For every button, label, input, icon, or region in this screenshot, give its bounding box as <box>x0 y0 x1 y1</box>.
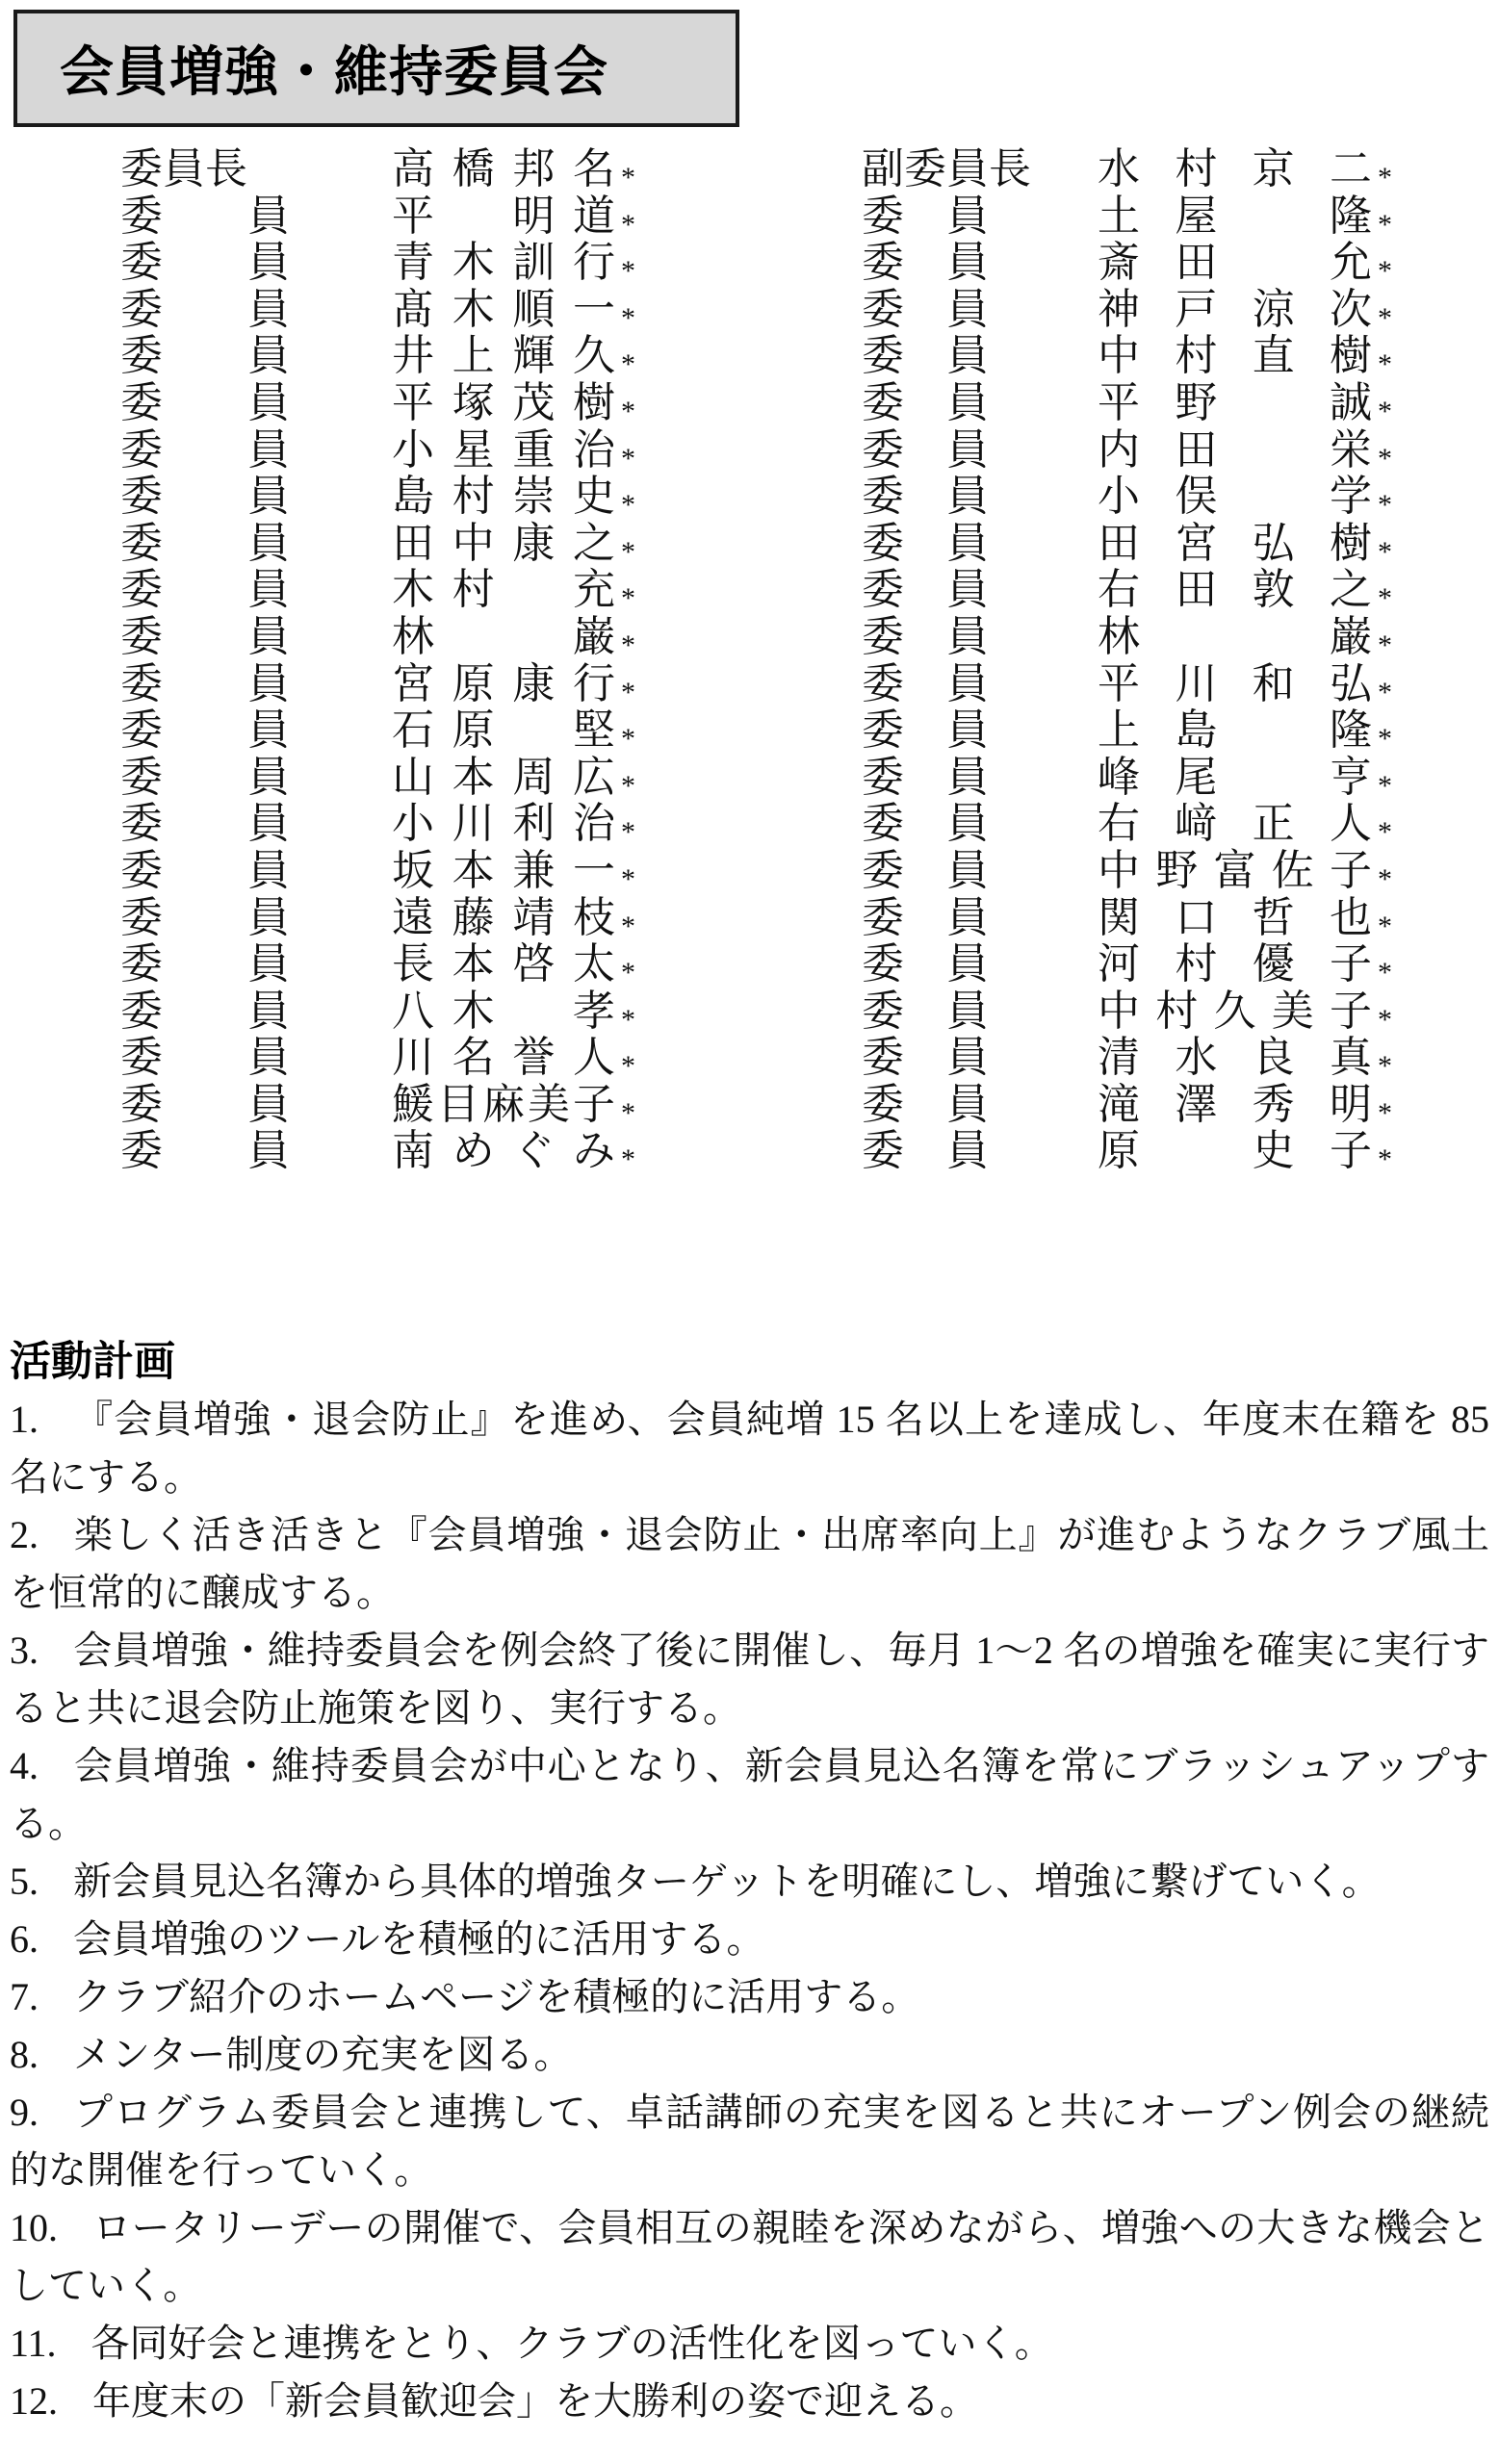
column-gap <box>659 240 862 287</box>
member-name: 土屋 隆 <box>1098 193 1372 241</box>
plan-item-text: ロータリーデーの開催で、会員相互の親睦を深めながら、増強への大きな機会としていく… <box>10 2206 1489 2307</box>
member-role: 委員長 <box>120 146 392 193</box>
column-gap <box>659 988 862 1036</box>
member-star-mark: * <box>1372 529 1415 577</box>
member-name: 遠藤靖枝 <box>392 895 615 942</box>
column-gap <box>659 707 862 755</box>
member-star-mark: * <box>1372 1091 1415 1138</box>
plan-item-text: メンター制度の充実を図る。 <box>73 2033 572 2076</box>
member-star-mark: * <box>615 904 659 951</box>
plan-item-number: 4. <box>10 1744 39 1787</box>
member-row: 委 員島村崇史*委 員小俣 学* <box>0 474 1499 521</box>
member-role: 委 員 <box>862 661 1098 708</box>
member-name: 鰀目麻美子 <box>392 1082 615 1129</box>
column-gap <box>659 755 862 802</box>
column-gap <box>659 661 862 708</box>
member-role: 委 員 <box>862 427 1098 475</box>
member-name: 神戸涼次 <box>1098 287 1372 334</box>
member-star-mark: * <box>1372 857 1415 904</box>
member-role: 委 員 <box>862 895 1098 942</box>
member-row: 委 員遠藤靖枝*委 員関口哲也* <box>0 895 1499 942</box>
member-role: 委 員 <box>862 1082 1098 1129</box>
column-gap <box>659 193 862 241</box>
member-row: 委 員川名誉人*委 員清水良真* <box>0 1035 1499 1082</box>
plan-item-number: 12. <box>10 2379 58 2423</box>
member-star-mark: * <box>1372 763 1415 810</box>
member-row: 委 員髙木順一*委 員神戸涼次* <box>0 287 1499 334</box>
member-role: 委 員 <box>120 287 392 334</box>
plan-item-text: 会員増強のツールを積極的に活用する。 <box>73 1917 764 1961</box>
column-gap <box>659 1035 862 1082</box>
member-role: 委 員 <box>120 193 392 241</box>
member-star-mark: * <box>1372 623 1415 670</box>
plan-item: 1.『会員増強・退会防止』を進め、会員純増 15 名以上を達成し、年度末在籍を … <box>10 1391 1489 1506</box>
member-role: 委 員 <box>120 1082 392 1129</box>
member-star-mark: * <box>615 1137 659 1184</box>
member-role: 委 員 <box>120 614 392 661</box>
member-star-mark: * <box>615 670 659 717</box>
member-name: 島村崇史 <box>392 474 615 521</box>
plan-item: 6.会員増強のツールを積極的に活用する。 <box>10 1911 1489 1968</box>
member-star-mark: * <box>615 809 659 857</box>
member-star-mark: * <box>1372 904 1415 951</box>
member-role: 委 員 <box>120 895 392 942</box>
member-name: 田中康之 <box>392 521 615 568</box>
member-name: 関口哲也 <box>1098 895 1372 942</box>
member-name: 山本周広 <box>392 755 615 802</box>
member-role: 委 員 <box>120 521 392 568</box>
plan-item-number: 7. <box>10 1975 39 2018</box>
member-row: 委 員小星重治*委 員内田 栄* <box>0 427 1499 475</box>
plan-item-number: 3. <box>10 1629 39 1672</box>
member-name: 斎田 允 <box>1098 240 1372 287</box>
member-role: 委 員 <box>862 521 1098 568</box>
member-star-mark: * <box>1372 950 1415 997</box>
member-row: 委 員井上輝久*委 員中村直樹* <box>0 333 1499 380</box>
column-gap <box>659 941 862 988</box>
member-role: 委 員 <box>120 941 392 988</box>
member-name: 滝澤秀明 <box>1098 1082 1372 1129</box>
plan-item-number: 5. <box>10 1860 39 1903</box>
member-name: 平塚茂樹 <box>392 380 615 427</box>
member-star-mark: * <box>1372 155 1415 202</box>
member-role: 委 員 <box>120 1128 392 1175</box>
column-gap <box>659 895 862 942</box>
member-role: 委 員 <box>862 287 1098 334</box>
column-gap <box>659 567 862 614</box>
member-role: 委 員 <box>862 707 1098 755</box>
member-star-mark: * <box>1372 1137 1415 1184</box>
plan-item-number: 1. <box>10 1398 39 1441</box>
member-name: 坂本兼一 <box>392 848 615 895</box>
member-name: 原 史子 <box>1098 1128 1372 1175</box>
member-name: 石原 堅 <box>392 707 615 755</box>
member-star-mark: * <box>1372 202 1415 249</box>
member-row: 委 員山本周広*委 員峰尾 亨* <box>0 755 1499 802</box>
member-role: 委 員 <box>862 941 1098 988</box>
member-role: 委 員 <box>120 474 392 521</box>
member-row: 委 員青木訓行*委 員斎田 允* <box>0 240 1499 287</box>
column-gap <box>659 287 862 334</box>
column-gap <box>659 1082 862 1129</box>
member-star-mark: * <box>615 857 659 904</box>
member-star-mark: * <box>615 763 659 810</box>
member-star-mark: * <box>615 997 659 1044</box>
member-row: 委 員田中康之*委 員田宮弘樹* <box>0 521 1499 568</box>
member-star-mark: * <box>615 529 659 577</box>
member-name: 青木訓行 <box>392 240 615 287</box>
member-name: 右田敦之 <box>1098 567 1372 614</box>
plan-item: 5.新会員見込名簿から具体的増強ターゲットを明確にし、増強に繋げていく。 <box>10 1853 1489 1911</box>
plan-item: 4.会員増強・維持委員会が中心となり、新会員見込名簿を常にブラッシュアップする。 <box>10 1737 1489 1853</box>
member-role: 委 員 <box>120 380 392 427</box>
member-star-mark: * <box>1372 436 1415 483</box>
member-role: 委 員 <box>862 567 1098 614</box>
plan-item: 10.ロータリーデーの開催で、会員相互の親睦を深めながら、増強への大きな機会とし… <box>10 2199 1489 2315</box>
member-role: 委 員 <box>120 333 392 380</box>
activity-plan-section: 活動計画 1.『会員増強・退会防止』を進め、会員純増 15 名以上を達成し、年度… <box>10 1333 1489 2430</box>
plan-item: 9.プログラム委員会と連携して、卓話講師の充実を図ると共にオープン例会の継続的な… <box>10 2084 1489 2199</box>
member-name: 南めぐみ <box>392 1128 615 1175</box>
member-star-mark: * <box>1372 389 1415 436</box>
member-row: 委 員林 巌*委 員林 巌* <box>0 614 1499 661</box>
member-name: 水村京二 <box>1098 146 1372 193</box>
member-name: 宮原康行 <box>392 661 615 708</box>
member-role: 委 員 <box>120 1035 392 1082</box>
plan-item-number: 9. <box>10 2091 39 2134</box>
member-role: 委 員 <box>862 240 1098 287</box>
member-star-mark: * <box>615 436 659 483</box>
member-row: 委 員南めぐみ*委 員原 史子* <box>0 1128 1499 1175</box>
plan-item-text: 『会員増強・退会防止』を進め、会員純増 15 名以上を達成し、年度末在籍を 85… <box>10 1398 1489 1499</box>
member-star-mark: * <box>1372 482 1415 529</box>
member-row: 委 員坂本兼一*委 員中野富佐子* <box>0 848 1499 895</box>
member-star-mark: * <box>615 248 659 295</box>
column-gap <box>659 521 862 568</box>
member-name: 木村 充 <box>392 567 615 614</box>
member-role: 委 員 <box>862 1035 1098 1082</box>
member-role: 委 員 <box>862 380 1098 427</box>
member-role: 委 員 <box>120 427 392 475</box>
committee-title: 会員増強・維持委員会 <box>60 30 608 107</box>
member-star-mark: * <box>615 1043 659 1091</box>
member-role: 委 員 <box>862 193 1098 241</box>
member-name: 小川利治 <box>392 801 615 848</box>
member-star-mark: * <box>1372 248 1415 295</box>
column-gap <box>659 146 862 193</box>
plan-item-text: クラブ紹介のホームページを積極的に活用する。 <box>73 1975 919 2018</box>
member-name: 林 巌 <box>1098 614 1372 661</box>
member-role: 委 員 <box>862 848 1098 895</box>
plan-item-number: 11. <box>10 2322 57 2365</box>
member-star-mark: * <box>1372 997 1415 1044</box>
member-role: 委 員 <box>862 755 1098 802</box>
plan-item-text: 新会員見込名簿から具体的増強ターゲットを明確にし、増強に繋げていく。 <box>73 1860 1381 1903</box>
member-row: 委 員石原 堅*委 員上島 隆* <box>0 707 1499 755</box>
member-role: 副委員長 <box>862 146 1098 193</box>
member-star-mark: * <box>615 1091 659 1138</box>
committee-roster: 委員長高橋邦名*副委員長水村京二*委 員平 明道*委 員土屋 隆*委 員青木訓行… <box>0 146 1499 1175</box>
member-name: 八木 孝 <box>392 988 615 1036</box>
member-star-mark: * <box>615 576 659 623</box>
member-role: 委 員 <box>120 240 392 287</box>
member-star-mark: * <box>1372 1043 1415 1091</box>
member-row: 委 員鰀目麻美子*委 員滝澤秀明* <box>0 1082 1499 1129</box>
member-star-mark: * <box>1372 716 1415 763</box>
member-star-mark: * <box>1372 809 1415 857</box>
member-role: 委 員 <box>862 614 1098 661</box>
plan-item-number: 10. <box>10 2206 58 2249</box>
member-name: 平野 誠 <box>1098 380 1372 427</box>
column-gap <box>659 801 862 848</box>
member-name: 清水良真 <box>1098 1035 1372 1082</box>
member-star-mark: * <box>1372 342 1415 389</box>
plan-item-text: 各同好会と連携をとり、クラブの活性化を図っていく。 <box>91 2322 1053 2365</box>
plan-item-number: 8. <box>10 2033 39 2076</box>
member-role: 委 員 <box>120 755 392 802</box>
plan-item: 7.クラブ紹介のホームページを積極的に活用する。 <box>10 1968 1489 2026</box>
member-star-mark: * <box>615 482 659 529</box>
member-name: 井上輝久 <box>392 333 615 380</box>
member-name: 中村久美子 <box>1098 988 1372 1036</box>
member-row: 委 員小川利治*委 員右﨑正人* <box>0 801 1499 848</box>
member-name: 平 明道 <box>392 193 615 241</box>
column-gap <box>659 1128 862 1175</box>
member-star-mark: * <box>615 950 659 997</box>
plan-item-text: 年度末の「新会員歓迎会」を大勝利の姿で迎える。 <box>92 2379 978 2423</box>
plan-item: 8.メンター制度の充実を図る。 <box>10 2026 1489 2084</box>
member-star-mark: * <box>1372 576 1415 623</box>
member-name: 高橋邦名 <box>392 146 615 193</box>
member-name: 長本啓太 <box>392 941 615 988</box>
plan-item: 12.年度末の「新会員歓迎会」を大勝利の姿で迎える。 <box>10 2373 1489 2430</box>
member-role: 委 員 <box>862 1128 1098 1175</box>
member-name: 川名誉人 <box>392 1035 615 1082</box>
member-row: 委 員長本啓太*委 員河村優子* <box>0 941 1499 988</box>
member-role: 委 員 <box>120 988 392 1036</box>
member-star-mark: * <box>1372 295 1415 343</box>
plan-item-text: 会員増強・維持委員会を例会終了後に開催し、毎月 1～2 名の増強を確実に実行する… <box>10 1629 1489 1730</box>
member-name: 中村直樹 <box>1098 333 1372 380</box>
member-name: 小星重治 <box>392 427 615 475</box>
member-row: 委員長高橋邦名*副委員長水村京二* <box>0 146 1499 193</box>
column-gap <box>659 614 862 661</box>
plan-item: 11.各同好会と連携をとり、クラブの活性化を図っていく。 <box>10 2315 1489 2373</box>
plan-item-text: プログラム委員会と連携して、卓話講師の充実を図ると共にオープン例会の継続的な開催… <box>10 2091 1489 2192</box>
member-name: 右﨑正人 <box>1098 801 1372 848</box>
member-row: 委 員木村 充*委 員右田敦之* <box>0 567 1499 614</box>
plan-item-text: 楽しく活き活きと『会員増強・退会防止・出席率向上』が進むようなクラブ風土を恒常的… <box>10 1513 1489 1614</box>
member-name: 小俣 学 <box>1098 474 1372 521</box>
column-gap <box>659 427 862 475</box>
plan-item-text: 会員増強・維持委員会が中心となり、新会員見込名簿を常にブラッシュアップする。 <box>10 1744 1489 1845</box>
plan-item: 3.会員増強・維持委員会を例会終了後に開催し、毎月 1～2 名の増強を確実に実行… <box>10 1622 1489 1737</box>
member-star-mark: * <box>615 389 659 436</box>
member-row: 委 員平 明道*委 員土屋 隆* <box>0 193 1499 241</box>
member-row: 委 員宮原康行*委 員平川和弘* <box>0 661 1499 708</box>
member-star-mark: * <box>615 155 659 202</box>
member-role: 委 員 <box>120 707 392 755</box>
committee-title-box: 会員増強・維持委員会 <box>13 10 739 127</box>
member-row: 委 員平塚茂樹*委 員平野 誠* <box>0 380 1499 427</box>
member-role: 委 員 <box>862 801 1098 848</box>
plan-item-number: 6. <box>10 1917 39 1961</box>
member-role: 委 員 <box>120 661 392 708</box>
activity-plan-items: 1.『会員増強・退会防止』を進め、会員純増 15 名以上を達成し、年度末在籍を … <box>10 1391 1489 2430</box>
activity-plan-heading: 活動計画 <box>10 1333 1489 1391</box>
member-star-mark: * <box>615 295 659 343</box>
member-role: 委 員 <box>120 567 392 614</box>
member-star-mark: * <box>615 202 659 249</box>
member-name: 上島 隆 <box>1098 707 1372 755</box>
plan-item: 2.楽しく活き活きと『会員増強・退会防止・出席率向上』が進むようなクラブ風土を恒… <box>10 1506 1489 1622</box>
column-gap <box>659 380 862 427</box>
member-row: 委 員八木 孝*委 員中村久美子* <box>0 988 1499 1036</box>
member-role: 委 員 <box>862 474 1098 521</box>
member-star-mark: * <box>1372 670 1415 717</box>
column-gap <box>659 848 862 895</box>
member-name: 平川和弘 <box>1098 661 1372 708</box>
member-name: 内田 栄 <box>1098 427 1372 475</box>
column-gap <box>659 333 862 380</box>
document-page: 会員増強・維持委員会 委員長高橋邦名*副委員長水村京二*委 員平 明道*委 員土… <box>0 0 1499 2464</box>
member-role: 委 員 <box>120 848 392 895</box>
member-star-mark: * <box>615 342 659 389</box>
member-name: 中野富佐子 <box>1098 848 1372 895</box>
member-name: 林 巌 <box>392 614 615 661</box>
member-name: 髙木順一 <box>392 287 615 334</box>
column-gap <box>659 474 862 521</box>
member-role: 委 員 <box>120 801 392 848</box>
member-role: 委 員 <box>862 988 1098 1036</box>
member-name: 峰尾 亨 <box>1098 755 1372 802</box>
member-name: 河村優子 <box>1098 941 1372 988</box>
plan-item-number: 2. <box>10 1513 39 1556</box>
member-name: 田宮弘樹 <box>1098 521 1372 568</box>
member-star-mark: * <box>615 716 659 763</box>
member-star-mark: * <box>615 623 659 670</box>
member-role: 委 員 <box>862 333 1098 380</box>
